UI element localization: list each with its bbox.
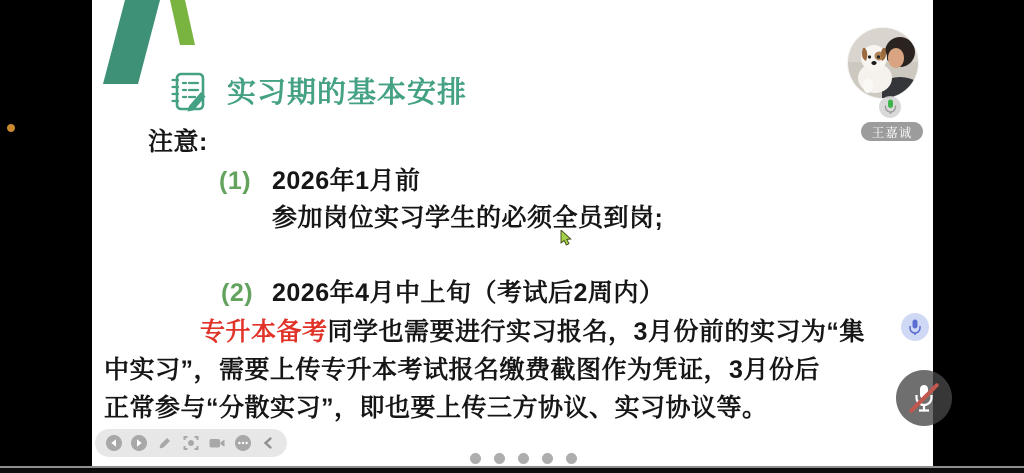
more-options-button[interactable]	[233, 434, 252, 453]
participant-name-badge: 王嘉诚	[861, 122, 923, 141]
prev-arrow-icon	[105, 434, 123, 452]
collapse-toolbar-button[interactable]	[259, 434, 278, 453]
laser-pointer-icon	[182, 434, 200, 452]
recording-dot	[7, 124, 15, 132]
mouse-cursor	[560, 230, 573, 246]
next-arrow-icon	[130, 434, 148, 452]
pencil-icon	[156, 434, 174, 452]
mic-on-icon	[884, 99, 897, 115]
page-dot[interactable]	[542, 453, 553, 464]
note-label: 注意:	[148, 128, 208, 157]
collapse-chevron-icon	[261, 435, 275, 451]
bottom-bar	[0, 468, 1024, 473]
page-dot[interactable]	[470, 453, 481, 464]
pencil-annotate-button[interactable]	[156, 434, 175, 453]
paragraph-line-1: 专升本备考同学也需要进行实习报名，3月份前的实习为“集	[200, 318, 865, 347]
item-2-line-1: 2026年4月中上旬（考试后2周内）	[272, 279, 664, 308]
participant-mic-indicator	[879, 96, 901, 118]
more-dots-icon	[234, 434, 252, 452]
item-1-line-2: 参加岗位实习学生的必须全员到岗;	[272, 204, 663, 233]
page-dot[interactable]	[518, 453, 529, 464]
next-slide-button[interactable]	[130, 434, 149, 453]
paragraph-line-2: 中实习”，需要上传专升本考试报名缴费截图作为凭证，3月份后	[104, 356, 820, 385]
item-1-line-1: 2026年1月前	[272, 167, 421, 196]
annotation-toolbar	[95, 429, 287, 457]
item-1-number: (1)	[219, 167, 251, 196]
highlight-text: 专升本备考	[200, 318, 328, 346]
page-dot[interactable]	[566, 453, 577, 464]
laser-pointer-button[interactable]	[181, 434, 200, 453]
meeting-window: 实习期的基本安排 注意: (1) 2026年1月前 参加岗位实习学生的必须全员到…	[0, 0, 1024, 473]
slide-title: 实习期的基本安排	[227, 76, 467, 111]
page-dot[interactable]	[494, 453, 505, 464]
slide-page-indicator	[470, 453, 577, 464]
paragraph-line-1-rest: 同学也需要进行实习报名，3月份前的实习为“集	[328, 318, 865, 346]
item-2-number: (2)	[221, 279, 253, 308]
participant-avatar[interactable]	[848, 28, 918, 98]
paragraph-line-3: 正常参与“分散实习”，即也要上传三方协议、实习协议等。	[104, 394, 768, 423]
avatar-photo	[848, 28, 918, 98]
camera-button[interactable]	[207, 434, 226, 453]
voice-activity-indicator	[901, 313, 929, 341]
mute-microphone-button[interactable]	[896, 370, 952, 426]
video-camera-icon	[208, 434, 226, 452]
mic-blue-icon	[908, 319, 922, 336]
previous-slide-button[interactable]	[104, 434, 123, 453]
notebook-pencil-icon	[170, 71, 208, 113]
